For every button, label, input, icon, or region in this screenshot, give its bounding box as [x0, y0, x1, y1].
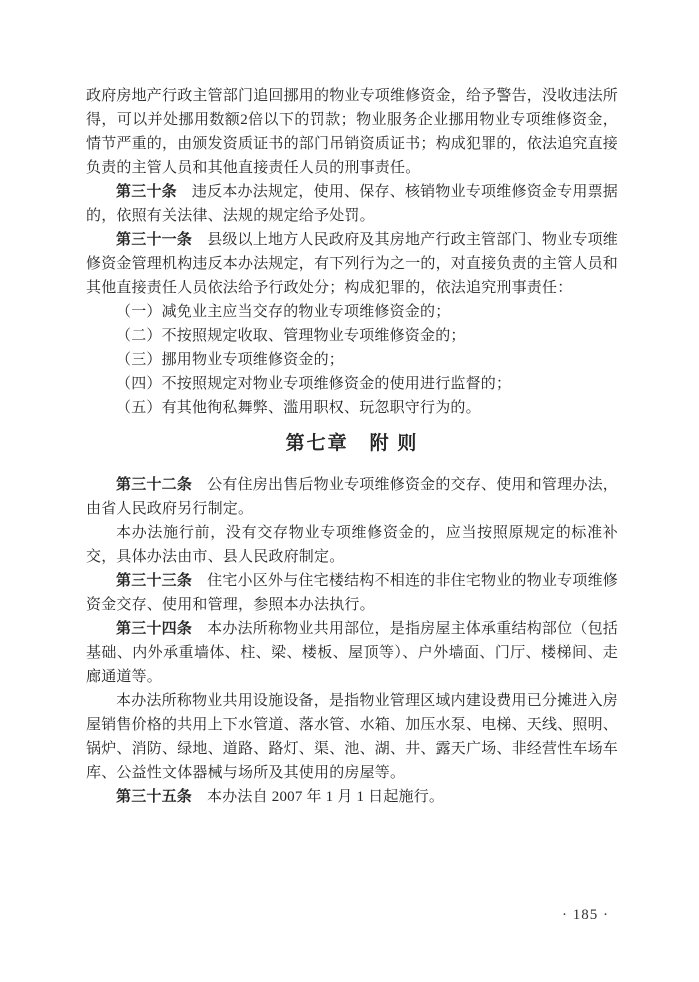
paragraph-text: 本办法所称物业共用设施设备，是指物业管理区域内建设费用已分摊进入房屋销售价格的共…: [86, 693, 618, 781]
body-paragraph: 本办法所称物业共用设施设备，是指物业管理区域内建设费用已分摊进入房屋销售价格的共…: [86, 689, 618, 785]
article-number: 第三十三条: [116, 573, 192, 589]
paragraph-text: （五）有其他徇私舞弊、滥用职权、玩忽职守行为的。: [116, 400, 481, 416]
paragraph-text: （一）减免业主应当交存的物业专项维修资金的；: [116, 304, 450, 320]
body-paragraph: 政府房地产行政主管部门追回挪用的物业专项维修资金，给予警告，没收违法所得，可以并…: [86, 84, 618, 180]
document-body: 政府房地产行政主管部门追回挪用的物业专项维修资金，给予警告，没收违法所得，可以并…: [86, 84, 618, 809]
article-number: 第三十四条: [116, 621, 192, 637]
list-item: （三）挪用物业专项维修资金的；: [86, 348, 618, 372]
paragraph-text: 本办法施行前，没有交存物业专项维修资金的，应当按照原规定的标准补交，具体办法由市…: [86, 525, 618, 565]
list-item: （四）不按照规定对物业专项维修资金的使用进行监督的；: [86, 372, 618, 396]
body-paragraph: 第三十二条公有住房出售后物业专项维修资金的交存、使用和管理办法，由省人民政府另行…: [86, 473, 618, 521]
article-number: 第三十一条: [116, 232, 192, 248]
chapter-heading: 第七章 附 则: [86, 430, 618, 458]
body-paragraph: 第三十一条县级以上地方人民政府及其房地产行政主管部门、物业专项维修资金管理机构违…: [86, 228, 618, 300]
document-page: 政府房地产行政主管部门追回挪用的物业专项维修资金，给予警告，没收违法所得，可以并…: [0, 0, 699, 982]
body-paragraph: 第三十三条住宅小区外与住宅楼结构不相连的非住宅物业的物业专项维修资金交存、使用和…: [86, 569, 618, 617]
paragraph-text: （三）挪用物业专项维修资金的；: [116, 352, 344, 368]
list-item: （五）有其他徇私舞弊、滥用职权、玩忽职守行为的。: [86, 396, 618, 420]
list-item: （二）不按照规定收取、管理物业专项维修资金的；: [86, 324, 618, 348]
body-paragraph: 本办法施行前，没有交存物业专项维修资金的，应当按照原规定的标准补交，具体办法由市…: [86, 521, 618, 569]
article-number: 第三十条: [116, 184, 177, 200]
body-paragraph: 第三十四条本办法所称物业共用部位，是指房屋主体承重结构部位（包括基础、内外承重墙…: [86, 617, 618, 689]
paragraph-text: （二）不按照规定收取、管理物业专项维修资金的；: [116, 328, 466, 344]
body-paragraph: 第三十条违反本办法规定，使用、保存、核销物业专项维修资金专用票据的，依照有关法律…: [86, 180, 618, 228]
paragraph-text: 本办法自 2007 年 1 月 1 日起施行。: [207, 789, 444, 805]
paragraph-text: 政府房地产行政主管部门追回挪用的物业专项维修资金，给予警告，没收违法所得，可以并…: [86, 88, 618, 176]
article-number: 第三十二条: [116, 477, 192, 493]
paragraph-text: （四）不按照规定对物业专项维修资金的使用进行监督的；: [116, 376, 511, 392]
list-item: （一）减免业主应当交存的物业专项维修资金的；: [86, 300, 618, 324]
body-paragraph: 第三十五条本办法自 2007 年 1 月 1 日起施行。: [86, 785, 618, 809]
article-number: 第三十五条: [116, 789, 192, 805]
page-number: · 185 ·: [562, 907, 609, 924]
